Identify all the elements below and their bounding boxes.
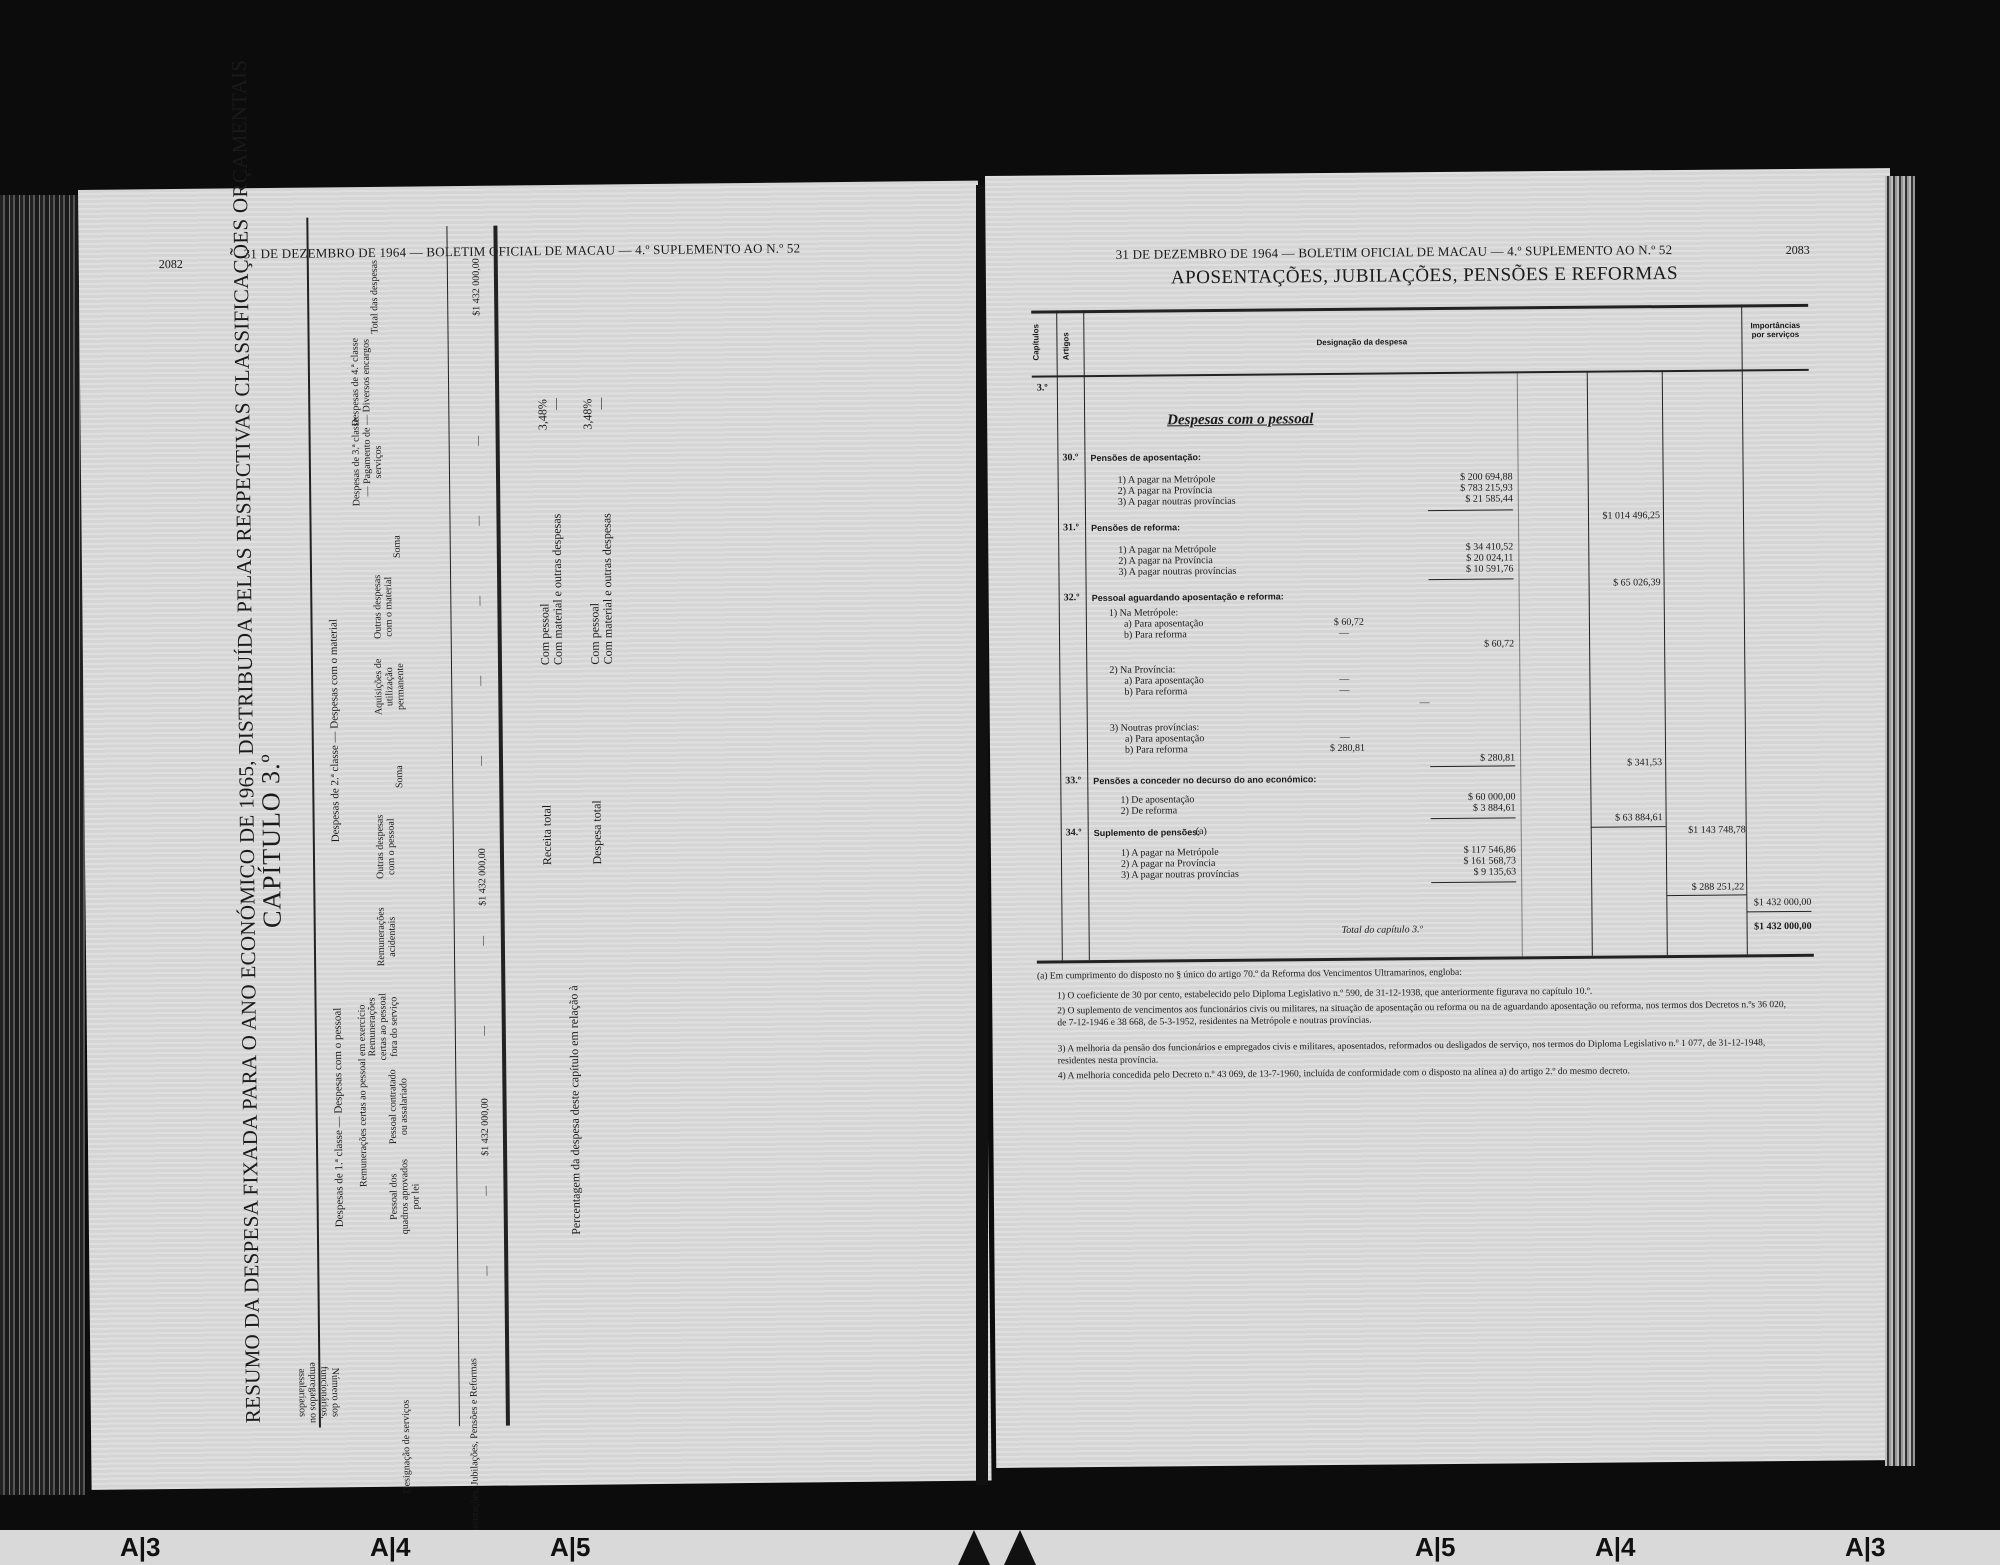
item-amount: $ 34 410,52 [1418,541,1513,553]
page-stack-edge [1885,176,1915,1466]
item-label: 1) A pagar na Metrópole [1118,474,1216,486]
item-amount: — [1289,674,1349,686]
table-border [306,218,321,1428]
header-group-2: Despesas de 2.ª classe — Despesas com o … [328,619,342,842]
header-bottom-border [1032,369,1809,378]
col-numero: Número dos funcionários, empregados ou a… [296,1347,341,1437]
col-classe-4: Despesas de 4.ª classe — Diversos encarg… [350,337,373,427]
item-amount: — [1289,685,1349,697]
cell: — [476,756,487,766]
section-heading: Despesas com o pessoal [1167,411,1313,429]
right-page: 31 DE DEZEMBRO DE 1964 — BOLETIM OFICIAL… [985,168,1901,1468]
col-soma-2: Soma [391,517,403,577]
film-mark: A|3 [120,1532,161,1563]
sum-rule [1431,881,1516,883]
left-page: 2082 31 DE DEZEMBRO DE 1964 — BOLETIM OF… [78,181,992,1490]
sum-rule [1429,578,1514,580]
col-divider [1741,304,1748,954]
col-aquisicoes: Aquisições de utilização permanente [373,647,407,727]
row-designacao: Aposentações, Jubilações, Pensões e Refo… [468,1358,481,1546]
item-label: 1) De aposentação [1120,794,1194,806]
item-amount: $ 10 591,76 [1418,563,1513,575]
film-mark: A|5 [550,1532,591,1563]
col-designacao: Designação de serviços [401,1387,413,1507]
total-label: Total do capítulo 3.º [1342,924,1423,936]
item-label: 1) A pagar na Metrópole [1118,544,1216,556]
item-label: b) Para reforma [1124,686,1187,698]
col-pessoal-quadros: Pessoal dos quadros aprovados por lei [388,1156,422,1236]
item-amount: $ 20 024,11 [1418,552,1513,564]
article-subtotal: $ 63 884,61 [1591,812,1663,824]
article-number: 33.º [1065,775,1081,786]
article-subtotal: $ 341,53 [1590,757,1662,769]
item-amount: — [1290,732,1350,744]
col-soma-1: Soma [394,747,406,807]
article-subtotal: $1 014 496,25 [1588,510,1660,522]
film-mark: A|5 [1415,1532,1456,1563]
item-amount: $ 161 568,73 [1421,855,1516,867]
item-amount: $ 3 884,61 [1420,802,1515,814]
col-total: Total das despesas [369,257,381,337]
percentage-label: Percentagem da despesa deste capítulo em… [566,985,584,1235]
alignment-triangle-icon [958,1530,990,1565]
footnote-item: 4) A melhoria concedida pelo Decreto n.º… [1058,1064,1788,1082]
sum-rule [1431,817,1516,819]
alignment-triangle-icon [1004,1530,1036,1565]
header-designacao: Designação da despesa [1316,337,1407,347]
col-divider [1056,310,1063,960]
col-divider [1517,371,1523,956]
film-mark: A|4 [1595,1532,1636,1563]
group-sum: $ 280,81 [1430,752,1515,764]
cell: — [474,596,485,606]
item-label: 2) A pagar na Província [1121,858,1216,870]
item-amount: $ 60 000,00 [1420,791,1515,803]
article-subtotal: $ 65 026,39 [1589,577,1661,589]
cell-soma-1: $1 432 000,00 [477,848,489,906]
group-sum: $ 60,72 [1429,638,1514,650]
header-importancias: Importâncias por serviços [1744,321,1806,340]
chapter-total: $1 432 000,00 [1747,921,1812,933]
sum-rule [1746,911,1811,913]
item-label: b) Para reforma [1125,744,1188,756]
article-number: 31.º [1063,522,1079,533]
item-label: a) Para aposentação [1125,733,1204,745]
page-number: 2082 [159,257,183,272]
book-binding [0,195,85,1495]
item-label: 2) A pagar na Província [1118,485,1213,497]
sum-rule [1428,509,1513,511]
item-label: 3) A pagar noutras províncias [1118,566,1236,578]
item-amount: $ 9 135,63 [1421,866,1516,878]
sum-rule [1430,765,1515,767]
item-amount: $ 60,72 [1289,617,1364,629]
document-title: RESUMO DA DESPESA FIXADA PARA O ANO ECON… [227,60,266,1424]
col-pessoal-contratado: Pessoal contratado ou assalariado [387,1067,410,1147]
table-border [493,226,510,1426]
header-artigos: Artigos [1061,332,1070,360]
item-amount: $ 783 215,93 [1418,482,1513,494]
page-title: APOSENTAÇÕES, JUBILAÇÕES, PENSÕES E REFO… [1171,263,1678,289]
group-sum: — [1380,697,1430,708]
sum-rule [1666,894,1746,896]
header-capitulos: Capítulos [1031,324,1040,361]
cell: — [473,436,484,446]
group-label: 3) Noutras províncias: [1110,722,1200,734]
film-strip-marks: A|3 A|4 A|5 A|5 A|4 A|3 [0,1530,2000,1565]
item-label: b) Para reforma [1124,629,1187,641]
article-title: Pensões de aposentação: [1090,452,1201,463]
item-label: a) Para aposentação [1124,618,1203,630]
col-outras-pessoal: Outras despesas com o pessoal [374,807,397,887]
cell-total: $1 432 000,00 [471,258,483,316]
article-title: Pessoal aguardando aposentação e reforma… [1092,591,1284,603]
col-remuneracoes-fora: Remunerações certas ao pessoal fora do s… [366,987,400,1067]
film-mark: A|3 [1845,1532,1886,1563]
despesa-material-pct: — [593,397,608,409]
col-divider [1083,310,1090,960]
cell: — [480,1186,491,1196]
receita-material-pct: — [548,398,563,410]
col-classe-3: Despesas de 3.ª classe — Pagamento de se… [350,417,384,507]
col-outras-material: Outras despesas com o material [372,567,395,647]
article-title: Pensões a conceder no decurso do ano eco… [1093,774,1316,786]
item-amount: $ 280,81 [1290,743,1365,755]
cell: — [479,1026,490,1036]
cell: — [478,936,489,946]
cell: — [475,676,486,686]
cell: — [473,516,484,526]
receita-label: Receita total [539,805,555,865]
group-label: 2) Na Província: [1109,664,1175,676]
table-bottom-border [1037,954,1814,964]
cell: $1 432 000,00 [480,1098,492,1156]
item-label: 3) A pagar noutras províncias [1118,496,1236,508]
footnote-ref: (a) [1196,826,1207,837]
header-group-1: Despesas de 1.ª classe — Despesas com o … [332,1008,346,1228]
table-top-border [1031,304,1808,314]
item-label: 2) A pagar na Província [1118,555,1213,567]
chapter-number: 3.º [1037,382,1048,393]
footnote-item: 3) A melhoria da pensão dos funcionários… [1058,1037,1788,1067]
article-number: 30.º [1062,452,1078,463]
item-label: 2) De reforma [1121,805,1178,816]
running-head: 31 DE DEZEMBRO DE 1964 — BOLETIM OFICIAL… [244,240,801,262]
item-amount: $ 21 585,44 [1418,493,1513,505]
film-mark: A|4 [370,1532,411,1563]
article-number: 32.º [1064,592,1080,603]
sum-rule [1591,826,1666,828]
col-divider [1587,371,1593,956]
sum-articles-30-33: $1 143 748,78 [1666,824,1746,836]
running-head: 31 DE DEZEMBRO DE 1964 — BOLETIM OFICIAL… [1116,242,1673,263]
com-material-label: Com material e outras despesas [599,513,616,664]
article-subtotal: $ 288 251,22 [1666,881,1744,893]
col-divider [1662,370,1668,955]
cell: — [481,1266,492,1276]
article-number: 34.º [1066,827,1082,838]
item-amount: — [1289,628,1349,640]
chapter-heading: CAPÍTULO 3.º [256,753,288,928]
item-amount: $ 200 694,88 [1418,471,1513,483]
group-label: 1) Na Metrópole: [1109,607,1179,619]
footnote-item: 2) O suplemento de vencimentos aos funci… [1057,999,1787,1029]
page-number: 2083 [1786,243,1810,258]
footnote-intro: (a) Em cumprimento do disposto no § únic… [1037,964,1767,982]
table-rule [446,226,460,1426]
article-title: Suplemento de pensões: [1094,827,1201,838]
item-label: 3) A pagar noutras províncias [1121,869,1239,881]
com-material-label: Com material e outras despesas [549,514,566,665]
despesa-label: Despesa total [589,800,605,864]
item-amount: $ 117 546,86 [1421,844,1516,856]
col-remuneracoes-acidentais: Remunerações acidentais [375,897,398,977]
item-label: a) Para aposentação [1124,675,1203,687]
grand-sum: $1 432 000,00 [1746,897,1811,909]
article-title: Pensões de reforma: [1091,522,1180,533]
item-label: 1) A pagar na Metrópole [1121,847,1219,859]
